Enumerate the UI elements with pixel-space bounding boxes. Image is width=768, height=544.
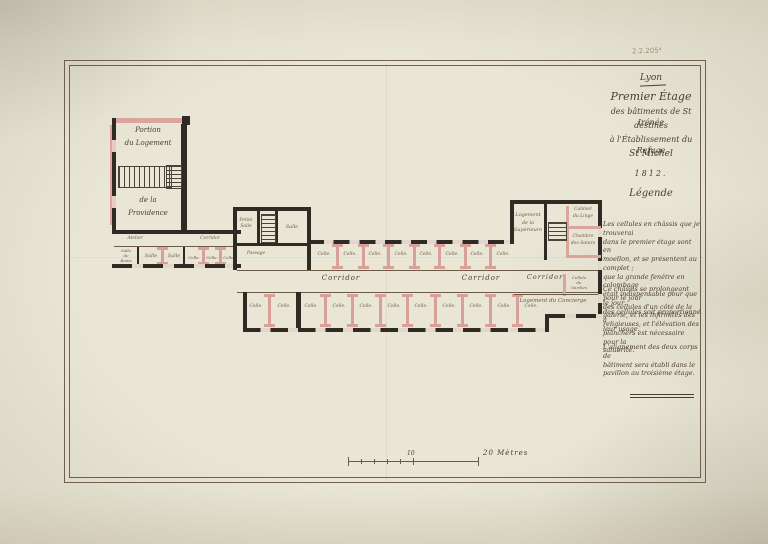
legend-heading: Légende xyxy=(601,187,701,201)
partition xyxy=(406,295,409,326)
room-label: Chambre des Sœurs xyxy=(567,234,599,248)
cell-label: Celle. xyxy=(492,252,514,257)
cell-label: Celle. xyxy=(328,304,350,309)
room-label: Petite Salle xyxy=(235,218,257,231)
cell-label: Celle. xyxy=(364,252,386,257)
wall xyxy=(545,314,602,318)
partition xyxy=(489,295,492,326)
title-line5: St Michel xyxy=(601,148,701,160)
partition xyxy=(351,295,354,326)
cell-label: Celle. xyxy=(186,255,202,260)
title-city: Lyon xyxy=(601,72,701,84)
room-label: Logement de la Supérieure xyxy=(512,212,544,235)
cell-label: Celle. xyxy=(300,304,322,309)
scale-tick xyxy=(374,459,375,464)
staircase xyxy=(166,165,182,189)
partition xyxy=(379,295,382,326)
cell-label: Celle. xyxy=(441,252,463,257)
scale-tick xyxy=(413,458,414,465)
wall xyxy=(545,314,549,332)
cell-label: Celle. xyxy=(245,304,267,309)
title-line3: destinés xyxy=(601,121,701,132)
wall xyxy=(233,207,237,270)
wall xyxy=(237,243,308,246)
cell-label: Celle. xyxy=(390,252,412,257)
concierge-label: Logement du Concierge xyxy=(505,298,601,304)
wing-corridor-label-right: Corridor xyxy=(193,236,227,241)
room-label: Passage xyxy=(238,251,274,256)
room-label: Salle xyxy=(161,253,187,259)
wall xyxy=(112,230,241,234)
scale-tick xyxy=(348,457,349,466)
title-line1: Premier Étage xyxy=(601,90,701,105)
corridor-label: Corridor xyxy=(458,274,504,283)
legend-paragraph: L'alignement des deux corps de bâtiment … xyxy=(603,343,701,378)
partition xyxy=(566,255,601,258)
inventory-number: 2.2.205⁴ xyxy=(632,46,662,55)
wall xyxy=(112,264,241,268)
wall xyxy=(307,207,311,270)
cell-label: Celle. xyxy=(204,255,220,260)
partition xyxy=(268,295,271,326)
wing-corridor-label-left: Atelier xyxy=(120,236,150,241)
cell-label: Celle. xyxy=(438,304,460,309)
room-label: Cellule du Gardien xyxy=(565,275,593,291)
cell-label: Celle. xyxy=(410,304,432,309)
wall xyxy=(114,118,188,123)
cell-label: Celle. xyxy=(313,252,335,257)
cell-label: Celle. xyxy=(339,252,361,257)
left-pavilion-upper-label: Portion du Logement xyxy=(114,124,182,151)
staircase xyxy=(118,166,172,188)
partition xyxy=(566,226,601,229)
wall xyxy=(110,125,112,225)
title-year: 1812. xyxy=(601,169,701,180)
wall xyxy=(257,211,260,244)
scale-tick xyxy=(361,459,362,464)
wall xyxy=(233,207,310,211)
cell-label: Celle. xyxy=(355,304,377,309)
scale-mid-value: 10 xyxy=(407,450,415,458)
scanned-plan-sheet: 2.2.205⁴ Lyon Premier Étage des bâtiment… xyxy=(0,0,768,544)
cell-label: Celle. xyxy=(466,252,488,257)
scale-tick xyxy=(387,459,388,464)
wall xyxy=(243,328,549,332)
wall xyxy=(237,270,602,271)
cell-label: Celle. xyxy=(465,304,487,309)
wall xyxy=(237,292,602,293)
cell-label: Celle. xyxy=(415,252,437,257)
corridor-label: Corridor xyxy=(318,274,364,283)
room-label: Salle xyxy=(279,224,305,230)
cell-label: Celle. xyxy=(520,304,542,309)
scale-tick xyxy=(478,457,479,466)
wall xyxy=(296,292,301,328)
room-label: Salle de Bains xyxy=(116,248,136,264)
partition xyxy=(461,295,464,326)
scale-unit-label: 20 Mètres xyxy=(483,449,528,458)
partition xyxy=(324,295,327,326)
staircase xyxy=(261,214,276,243)
wall xyxy=(510,200,602,204)
wall xyxy=(514,294,598,295)
legend-end-flourish xyxy=(630,394,694,398)
left-pavilion-lower-label: de la Providence xyxy=(114,194,182,221)
cell-label: Celle. xyxy=(273,304,295,309)
partition xyxy=(434,295,437,326)
staircase xyxy=(548,222,567,241)
scale-tick xyxy=(400,459,401,464)
wall xyxy=(544,204,547,260)
wall xyxy=(243,292,247,332)
corridor-label: Corridor xyxy=(522,273,568,282)
cell-label: Celle. xyxy=(383,304,405,309)
room-label: Cabinet du Linge xyxy=(567,207,599,221)
cell-label: Celle. xyxy=(493,304,515,309)
